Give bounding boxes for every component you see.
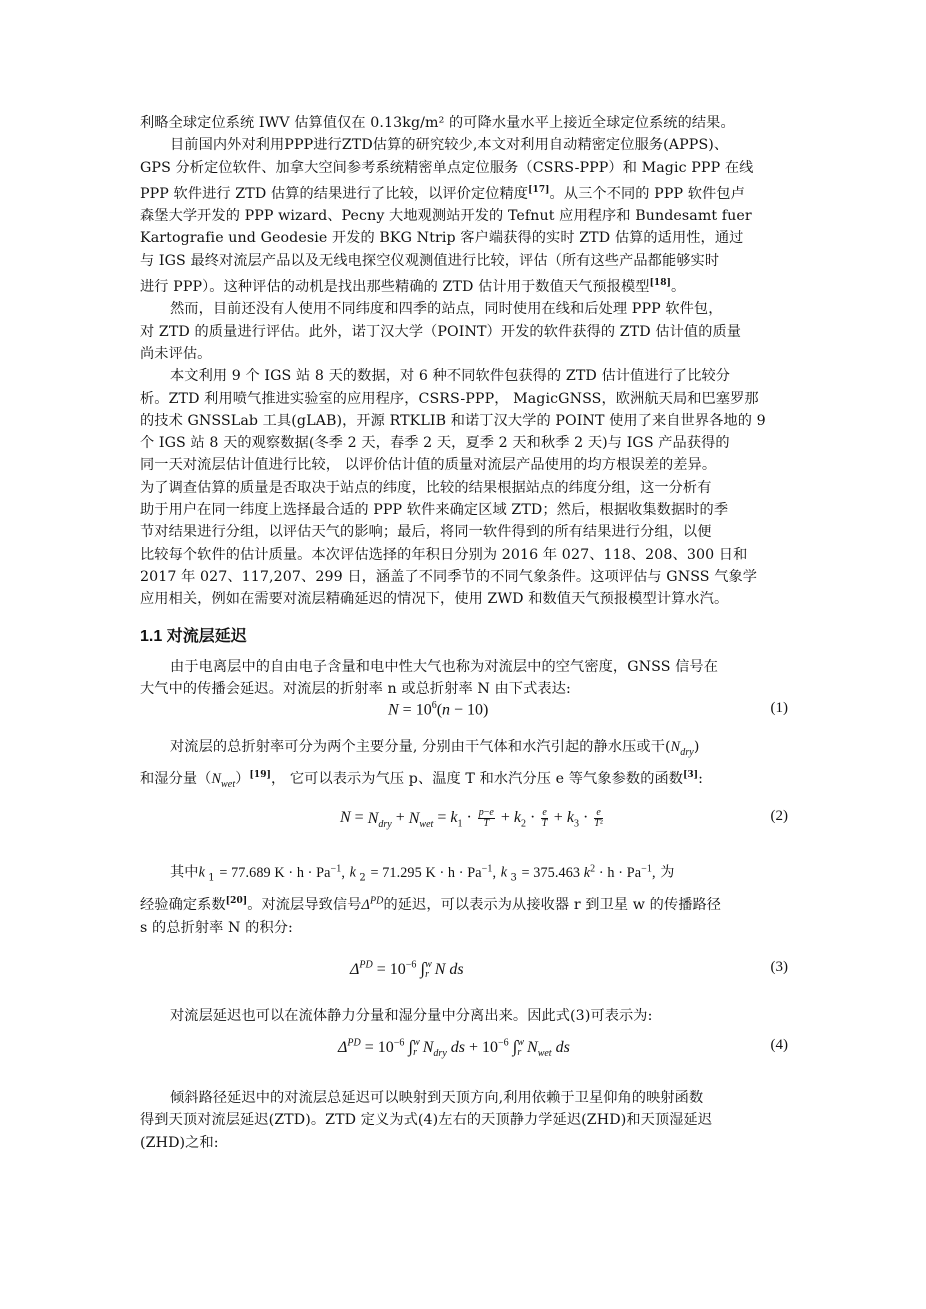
- paragraph-line: 助于用户在同一纬度上选择最合适的 PPP 软件来确定区域 ZTD；然后，根据收集…: [140, 499, 788, 521]
- equation-number: (4): [771, 1037, 789, 1054]
- paragraph-line: 倾斜路径延迟中的对流层总延迟可以映射到天顶方向,利用依赖于卫星仰角的映射函数: [140, 1087, 788, 1109]
- paragraph-line: 进行 PPP）。这种评估的动机是找出那些精确的 ZTD 估计用于数值天气预报模型…: [140, 272, 788, 298]
- paragraph-line: Kartografie und Geodesie 开发的 BKG Ntrip 客…: [140, 227, 788, 249]
- paragraph-line: 2017 年 027、117,207、299 日，涵盖了不同季节的不同气象条件。…: [140, 566, 788, 588]
- paragraph-separation: 对流层延迟也可以在流体静力分量和湿分量中分离出来。因此式(3)可表示为:: [140, 1005, 788, 1027]
- equation-body: ΔPD = 10−6 ∫wrN ds: [350, 959, 464, 980]
- paragraph-refractivity: 对流层的总折射率可分为两个主要分量, 分别由干气体和水汽引起的静水压或干(Ndr…: [140, 736, 788, 796]
- paragraph-research-gap: 然而，目前还没有人使用不同纬度和四季的站点，同时使用在线和后处理 PPP 软件包…: [140, 298, 788, 365]
- paragraph-line: 目前国内外对利用PPP进行ZTD估算的研究较少,本文对利用自动精密定位服务(AP…: [140, 134, 788, 156]
- equation-number: (1): [771, 700, 789, 717]
- equation-body: N = 106(n − 10): [388, 700, 488, 719]
- paragraph-line: 同一天对流层估计值进行比较， 以评价估计值的质量对流层产品使用的均方根误差的差异…: [140, 454, 788, 476]
- paragraph-line: 得到天顶对流层延迟(ZTD)。ZTD 定义为式(4)左右的天顶静力学延迟(ZHD…: [140, 1109, 788, 1131]
- paragraph-line: s 的总折射率 N 的积分:: [140, 917, 788, 939]
- equation-4: ΔPD = 10−6 ∫wrNdry ds + 10−6 ∫wrNwet ds …: [140, 1037, 788, 1069]
- paragraph-line: 比较每个软件的估计质量。本次评估选择的年积日分别为 2016 年 027、118…: [140, 544, 788, 566]
- paragraph-line: 对 ZTD 的质量进行评估。此外，诺丁汉大学（POINT）开发的软件获得的 ZT…: [140, 321, 788, 343]
- citation-18[interactable]: [18]: [650, 278, 671, 288]
- equation-body: N = Ndry + Nwet = k1 · p−eT + k2 · eT + …: [340, 808, 605, 829]
- section-number: 1.1: [140, 628, 162, 645]
- paragraph-line: PPP 软件进行 ZTD 估算的结果进行了比较，以评价定位精度[17]。从三个不…: [140, 179, 788, 205]
- paragraph-line: GPS 分析定位软件、加拿大空间参考系统精密单点定位服务（CSRS-PPP）和 …: [140, 157, 788, 179]
- paragraph-line: 节对结果进行分组，以评估天气的影响；最后，将同一软件得到的所有结果进行分组，以便: [140, 521, 788, 543]
- section-heading: 1.1 对流层延迟: [140, 623, 788, 646]
- paragraph-line: 由于电离层中的自由电子含量和电中性大气也称为对流层中的空气密度，GNSS 信号在: [140, 656, 788, 678]
- paragraph-methodology: 本文利用 9 个 IGS 站 8 天的数据，对 6 种不同软件包获得的 ZTD …: [140, 365, 788, 610]
- equation-body: ΔPD = 10−6 ∫wrNdry ds + 10−6 ∫wrNwet ds: [338, 1037, 570, 1059]
- paragraph-line: 本文利用 9 个 IGS 站 8 天的数据，对 6 种不同软件包获得的 ZTD …: [140, 365, 788, 387]
- paragraph-ztd-definition: 倾斜路径延迟中的对流层总延迟可以映射到天顶方向,利用依赖于卫星仰角的映射函数 得…: [140, 1087, 788, 1154]
- equation-2: N = Ndry + Nwet = k1 · p−eT + k2 · eT + …: [140, 808, 788, 842]
- paragraph-line: 对流层的总折射率可分为两个主要分量, 分别由干气体和水汽引起的静水压或干(Ndr…: [140, 736, 788, 764]
- paragraph-line: 为了调查估算的质量是否取决于站点的纬度，比较的结果根据站点的纬度分组，这一分析有: [140, 477, 788, 499]
- paragraph-line: 其中k 1 = 77.689 K · h · Pa−1, k 2 = 71.29…: [140, 858, 788, 890]
- paragraph-line: 与 IGS 最终对流层产品以及无线电探空仪观测值进行比较，评估（所有这些产品都能…: [140, 250, 788, 272]
- section-title: 对流层延迟: [167, 628, 247, 645]
- equation-1: N = 106(n − 10) (1): [140, 700, 788, 726]
- paragraph-line: 个 IGS 站 8 天的观察数据(冬季 2 天，春季 2 天，夏季 2 天和秋季…: [140, 432, 788, 454]
- paragraph-line: 利略全球定位系统 IWV 估算值仅在 0.13kg/m² 的可降水量水平上接近全…: [140, 112, 788, 134]
- paragraph-coefficients: 其中k 1 = 77.689 K · h · Pa−1, k 2 = 71.29…: [140, 858, 788, 938]
- paragraph-tropo-intro: 由于电离层中的自由电子含量和电中性大气也称为对流层中的空气密度，GNSS 信号在…: [140, 656, 788, 701]
- paragraph-line: 的技术 GNSSLab 工具(gLAB)，开源 RTKLIB 和诺丁汉大学的 P…: [140, 410, 788, 432]
- citation-17[interactable]: [17]: [528, 185, 549, 195]
- paper-page: 利略全球定位系统 IWV 估算值仅在 0.13kg/m² 的可降水量水平上接近全…: [140, 112, 788, 1154]
- paragraph-apps-comparison: 目前国内外对利用PPP进行ZTD估算的研究较少,本文对利用自动精密定位服务(AP…: [140, 134, 788, 298]
- paragraph-line: 析。ZTD 利用喷气推进实验室的应用程序，CSRS-PPP， MagicGNSS…: [140, 388, 788, 410]
- paragraph-line: 森堡大学开发的 PPP wizard、Pecny 大地观测站开发的 Tefnut…: [140, 205, 788, 227]
- citation-19[interactable]: [19]: [250, 770, 271, 780]
- paragraph-line: (ZHD)之和:: [140, 1132, 788, 1154]
- paragraph-line: 经验确定系数[20]。对流层导致信号ΔPD的延迟，可以表示为从接收器 r 到卫星…: [140, 890, 788, 916]
- paragraph-line: 然而，目前还没有人使用不同纬度和四季的站点，同时使用在线和后处理 PPP 软件包…: [140, 298, 788, 320]
- paragraph-line: 应用相关，例如在需要对流层精确延迟的情况下，使用 ZWD 和数值天气预报模型计算…: [140, 588, 788, 610]
- equation-3: ΔPD = 10−6 ∫wrN ds (3): [140, 959, 788, 989]
- citation-20[interactable]: [20]: [226, 896, 247, 906]
- paragraph-line: 和湿分量（Nwet）[19]， 它可以表示为气压 p、温度 T 和水汽分压 e …: [140, 764, 788, 796]
- paragraph-line: 大气中的传播会延迟。对流层的折射率 n 或总折射率 N 由下式表达:: [140, 678, 788, 700]
- paragraph-line: 尚未评估。: [140, 343, 788, 365]
- paragraph-line: 对流层延迟也可以在流体静力分量和湿分量中分离出来。因此式(3)可表示为:: [140, 1005, 788, 1027]
- equation-number: (3): [771, 959, 789, 976]
- equation-number: (2): [771, 808, 789, 825]
- citation-3[interactable]: [3]: [683, 770, 698, 780]
